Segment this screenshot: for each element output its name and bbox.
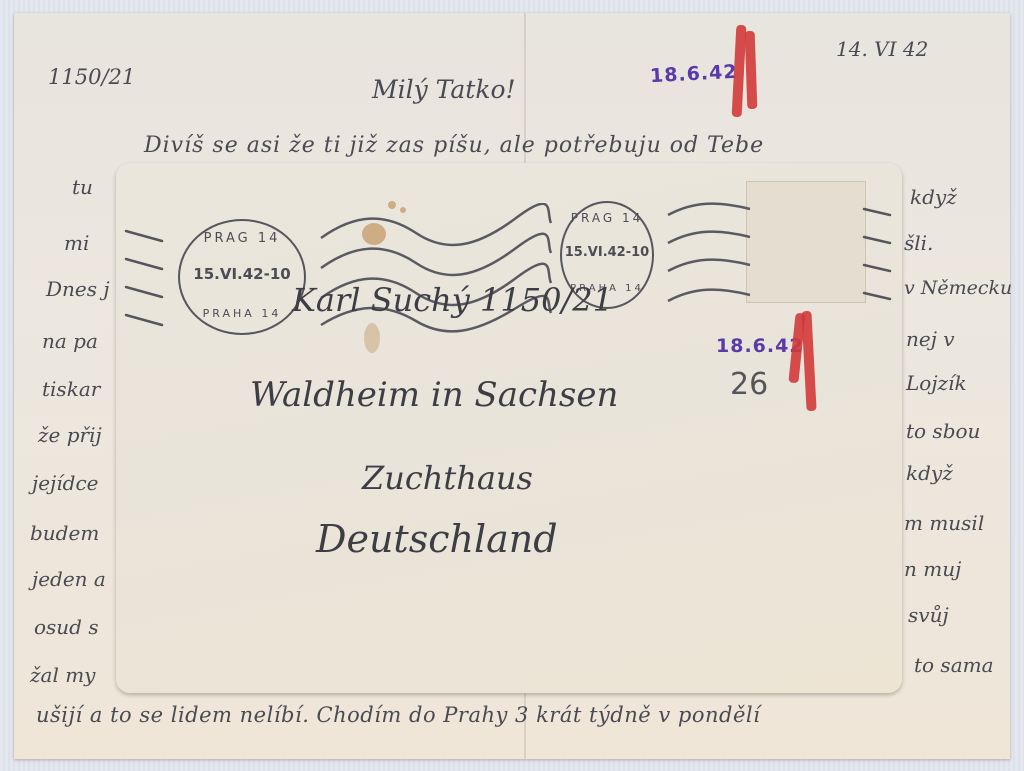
margin-fragment-right: nej v xyxy=(906,327,955,351)
margin-fragment-left: jeden a xyxy=(32,567,106,591)
recipient-institution: Zuchthaus xyxy=(362,459,533,497)
margin-fragment-right: svůj xyxy=(908,603,949,627)
margin-fragment-right: to sama xyxy=(914,653,994,677)
recipient-country: Deutschland xyxy=(316,517,558,561)
margin-fragment-right: n muj xyxy=(904,557,961,581)
margin-fragment-left: tu xyxy=(72,175,93,199)
margin-fragment-right: m musil xyxy=(904,511,984,535)
wavy-cancellation-lines-right xyxy=(664,197,754,317)
removed-stamp-area xyxy=(746,181,866,303)
margin-fragment-right: když xyxy=(906,461,953,485)
margin-fragment-right: v Německu xyxy=(904,277,1012,299)
margin-fragment-left: žal my xyxy=(30,663,95,687)
margin-fragment-left: osud s xyxy=(34,615,99,639)
margin-fragment-right: Lojzík xyxy=(906,371,967,395)
margin-fragment-left: budem xyxy=(30,521,99,545)
red-pencil-mark xyxy=(801,311,816,411)
margin-fragment-right: to sbou xyxy=(906,419,980,443)
letter-greeting: Milý Tatko! xyxy=(372,75,516,104)
postmark-left: PRAG 14 15.VI.42-10 PRAHA 14 xyxy=(178,219,306,335)
margin-fragment-right: šli. xyxy=(904,231,933,255)
margin-fragment-left: Dnes j xyxy=(46,277,110,301)
letter-first-line: Divíš se asi že ti již zas píšu, ale pot… xyxy=(144,133,764,158)
margin-fragment-left: jejídce xyxy=(32,471,98,495)
recipient-name: Karl Suchý 1150/21 xyxy=(292,281,613,319)
cancellation-bars-right xyxy=(860,203,900,313)
margin-fragment-left: mi xyxy=(64,231,89,255)
margin-fragment-right: když xyxy=(910,185,957,209)
letter-reference-number: 1150/21 xyxy=(48,65,135,89)
stain-spot xyxy=(364,323,380,353)
envelope-number: 26 xyxy=(730,367,768,402)
margin-fragment-left: na pa xyxy=(42,329,98,353)
recipient-city: Waldheim in Sachsen xyxy=(250,375,618,415)
margin-fragment-left: tiskar xyxy=(42,377,100,401)
received-date-stamp: 18.6.42 xyxy=(649,61,738,88)
margin-fragment-left: že přij xyxy=(38,423,102,447)
letter-date: 14. VI 42 xyxy=(836,37,928,61)
stain-spot xyxy=(362,223,386,245)
stain-spot xyxy=(388,201,396,209)
stain-spot xyxy=(400,207,406,213)
red-pencil-mark xyxy=(745,31,758,109)
letter-last-line: ušijí a to se lidem nelíbí. Chodím do Pr… xyxy=(36,703,760,727)
cancellation-bars-left xyxy=(122,223,172,333)
envelope: PRAG 14 15.VI.42-10 PRAHA 14 PRAG 14 15.… xyxy=(116,163,902,693)
